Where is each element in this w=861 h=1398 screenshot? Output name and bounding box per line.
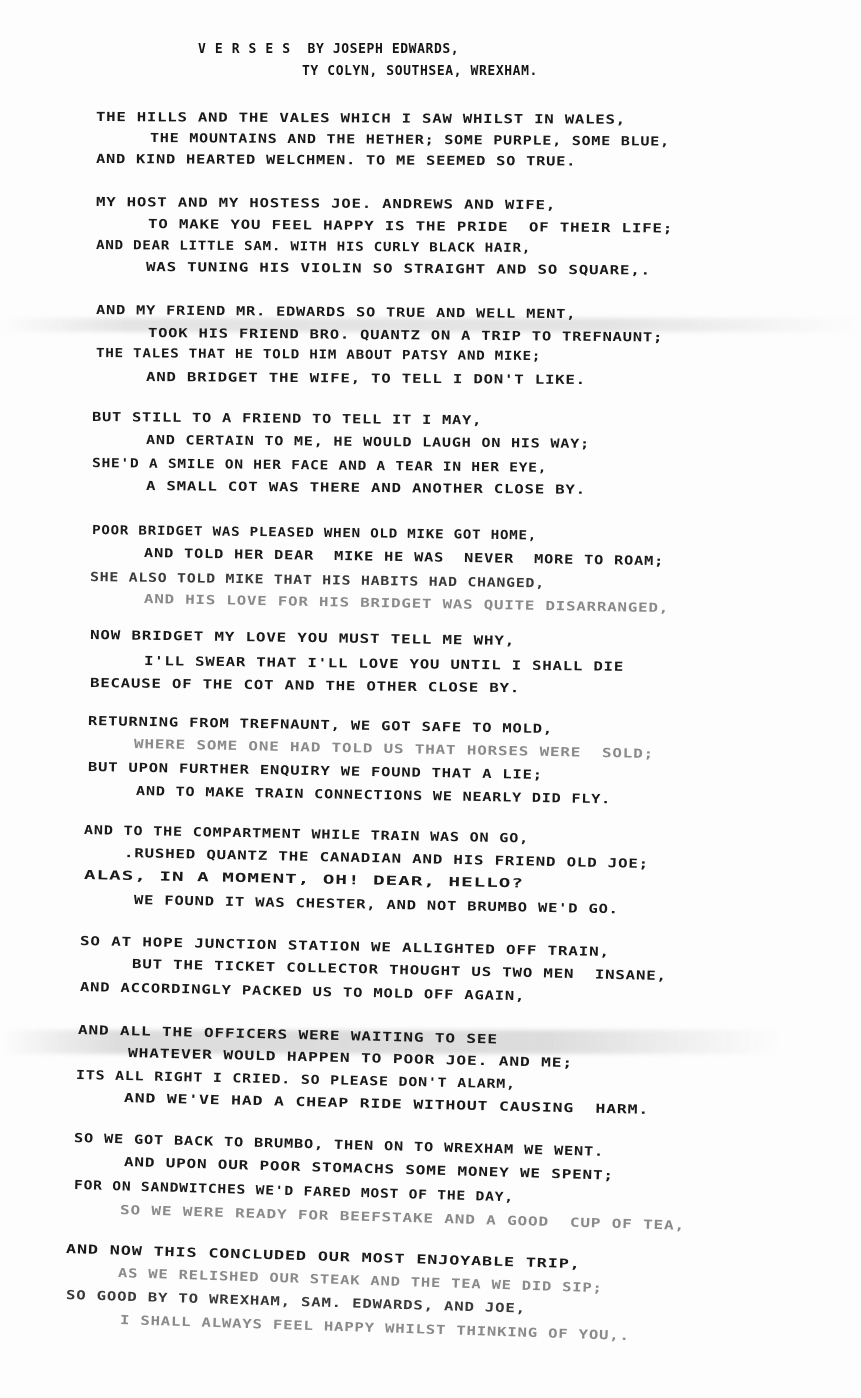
verse-line: A SMALL COT WAS THERE AND ANOTHER CLOSE … bbox=[146, 479, 586, 497]
verse-line: I'LL SWEAR THAT I'LL LOVE YOU UNTIL I SH… bbox=[144, 654, 624, 674]
verse-line: AND CERTAIN TO ME, HE WOULD LAUGH ON HIS… bbox=[146, 433, 590, 451]
verse-line: AND DEAR LITTLE SAM. WITH HIS CURLY BLAC… bbox=[96, 238, 531, 255]
verse-line: SO AT HOPE JUNCTION STATION WE ALLIGHTED… bbox=[80, 934, 610, 959]
verse-line: .RUSHED QUANTZ THE CANADIAN AND HIS FRIE… bbox=[124, 846, 649, 871]
verse-line: AND KIND HEARTED WELCHMEN. TO ME SEEMED … bbox=[96, 152, 576, 169]
verse-line: ITS ALL RIGHT I CRIED. SO PLEASE DON'T A… bbox=[76, 1068, 516, 1091]
verse-line: I SHALL ALWAYS FEEL HAPPY WHILST THINKIN… bbox=[120, 1313, 630, 1343]
verse-line: AND TOLD HER DEAR MIKE HE WAS NEVER MORE… bbox=[144, 546, 664, 568]
verse-line: TO MAKE YOU FEEL HAPPY IS THE PRIDE OF T… bbox=[148, 217, 673, 236]
verse-line: WHERE SOME ONE HAD TOLD US THAT HORSES W… bbox=[134, 737, 654, 761]
verse-line: AND TO THE COMPARTMENT WHILE TRAIN WAS O… bbox=[84, 823, 529, 846]
verse-line: AND ACCORDINGLY PACKED US TO MOLD OFF AG… bbox=[80, 980, 525, 1003]
verse-line: TOOK HIS FRIEND BRO. QUANTZ ON A TRIP TO… bbox=[148, 326, 663, 344]
verse-line: BECAUSE OF THE COT AND THE OTHER CLOSE B… bbox=[90, 676, 520, 695]
poem-title: V E R S E S BY JOSEPH EDWARDS, bbox=[198, 42, 459, 57]
verse-line: MY HOST AND MY HOSTESS JOE. ANDREWS AND … bbox=[96, 195, 556, 212]
poem-author-address: TY COLYN, SOUTHSEA, WREXHAM. bbox=[302, 64, 538, 79]
verse-line: AND TO MAKE TRAIN CONNECTIONS WE NEARLY … bbox=[136, 784, 611, 806]
verse-line: AND UPON OUR POOR STOMACHS SOME MONEY WE… bbox=[124, 1155, 614, 1183]
verse-line: BUT THE TICKET COLLECTOR THOUGHT US TWO … bbox=[132, 957, 667, 983]
verse-line: SHE ALSO TOLD MIKE THAT HIS HABITS HAD C… bbox=[90, 570, 545, 590]
verse-line: THE MOUNTAINS AND THE HETHER; SOME PURPL… bbox=[150, 131, 670, 149]
verse-line: BUT UPON FURTHER ENQUIRY WE FOUND THAT A… bbox=[88, 760, 543, 782]
verse-line: RETURNING FROM TREFNAUNT, WE GOT SAFE TO… bbox=[88, 714, 553, 736]
verse-line: ALAS, IN A MOMENT, OH! DEAR, HELLO? bbox=[84, 868, 524, 890]
verse-line: WE FOUND IT WAS CHESTER, AND NOT BRUMBO … bbox=[134, 893, 619, 916]
verse-line: WAS TUNING HIS VIOLIN SO STRAIGHT AND SO… bbox=[146, 260, 651, 278]
scanned-poem-page: V E R S E S BY JOSEPH EDWARDS, TY COLYN,… bbox=[0, 0, 861, 1398]
verse-line: POOR BRIDGET WAS PLEASED WHEN OLD MIKE G… bbox=[92, 523, 537, 542]
verse-line: BUT STILL TO A FRIEND TO TELL IT I MAY, bbox=[92, 410, 482, 427]
verse-line: NOW BRIDGET MY LOVE YOU MUST TELL ME WHY… bbox=[90, 628, 515, 648]
verse-line: THE TALES THAT HE TOLD HIM ABOUT PATSY A… bbox=[96, 346, 541, 363]
verse-line: AND HIS LOVE FOR HIS BRIDGET WAS QUITE D… bbox=[144, 592, 669, 615]
verse-line: FOR ON SANDWITCHES WE'D FARED MOST OF TH… bbox=[74, 1178, 514, 1204]
verse-line: THE HILLS AND THE VALES WHICH I SAW WHIL… bbox=[96, 110, 626, 127]
verse-line: AND WE'VE HAD A CHEAP RIDE WITHOUT CAUSI… bbox=[124, 1091, 649, 1117]
verse-line: SO WE WERE READY FOR BEEFSTAKE AND A GOO… bbox=[120, 1203, 685, 1233]
verse-line: AND BRIDGET THE WIFE, TO TELL I DON'T LI… bbox=[146, 370, 586, 387]
verse-line: SHE'D A SMILE ON HER FACE AND A TEAR IN … bbox=[92, 456, 547, 475]
